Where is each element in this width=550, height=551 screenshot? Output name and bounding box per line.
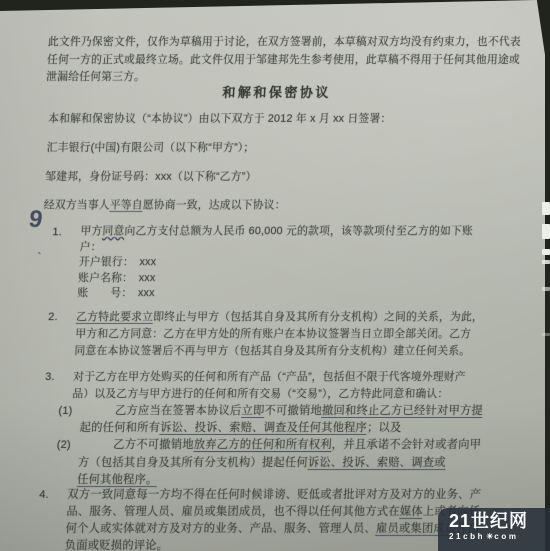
document-text-layer: 此文件乃保密文件，仅作为草稿用于讨论，在双方签署前，本草稿对双方均没有约束力，也… (0, 0, 545, 551)
site-watermark: 21世纪网 21cbh ☀ com (438, 508, 550, 551)
party-b-line: 邹建邦，身份证号码：xxx（以下称“乙方”） (45, 169, 257, 186)
consensus-line: 经双方当事人平等自愿协商一致，达成以下协议： (43, 197, 286, 214)
handwritten-tick-mark: 、 (35, 240, 48, 258)
item-4-number: 4. (39, 487, 49, 504)
item-3-body: 对于乙方在甲方处购买的任何和所有产品（“产品”，包括但不限于代客境外理财产 品）… (72, 369, 466, 403)
item-2-number: 2. (48, 309, 58, 326)
edge-reflection-dash (542, 287, 550, 291)
confidentiality-notice: 此文件乃保密文件，仅作为草稿用于讨论，在双方签署前，本草稿对双方均没有约束力，也… (46, 34, 521, 87)
watermark-site-name: 21世纪网 (449, 511, 550, 531)
document-title: 和解和保密协议 (222, 84, 331, 101)
photographed-document: 此文件乃保密文件，仅作为草稿用于讨论，在双方签署前，本草稿对双方均没有约束力，也… (0, 0, 550, 551)
edge-reflection-dash (542, 202, 550, 215)
item-1-body: 甲方同意向乙方支付总额为人民币 60,000 元的款项，该等款项付至乙方的如下账… (77, 224, 473, 302)
item-1-number: 1. (52, 224, 62, 241)
edge-reflection-dash (542, 224, 550, 239)
party-a-line: 汇丰银行(中国)有限公司（以下称“甲方”）； (46, 140, 255, 157)
signing-date-line: 本和解和保密协议（“本协议”）由以下双方于 2012 年 x 月 xx 日签署： (48, 111, 392, 128)
item-3-sub-2-number: (2) (56, 437, 71, 454)
item-3-sub-2-body: 乙方不可撤销地放弃乙方的任何和所有权利，并且承诺不会针对或者向甲 方（包括其自身… (77, 437, 482, 490)
watermark-domain: 21cbh ☀ com (449, 531, 550, 543)
watermark-domain-right: com (494, 531, 518, 543)
edge-reflection-dash (542, 260, 550, 264)
item-3-number: 3. (45, 369, 55, 386)
item-3-sub-1-number: (1) (58, 403, 73, 420)
edge-reflection-dash (542, 333, 550, 336)
sun-icon: ☀ (486, 531, 493, 543)
item-2-body: 乙方特此要求立即终止与甲方（包括其自身及其所有分支机构）之间的关系，为此， 甲方… (74, 309, 483, 360)
watermark-domain-left: 21cbh (449, 531, 485, 543)
edge-reflection-dash (542, 249, 550, 255)
item-4-body: 双方一致同意每一方均不得在任何时候诽谤、贬低或者批评对方及对方的业务、产 品、服… (64, 487, 481, 551)
item-3-sub-1-body: 乙方应当在签署本协议后立即不可撤销地撤回和终止乙方已经针对甲方提 起的任何和所有… (79, 403, 483, 437)
handwritten-margin-mark: 9 (27, 207, 44, 232)
paper-sheet: 此文件乃保密文件，仅作为草稿用于讨论，在双方签署前，本草稿对双方均没有约束力，也… (0, 0, 545, 551)
